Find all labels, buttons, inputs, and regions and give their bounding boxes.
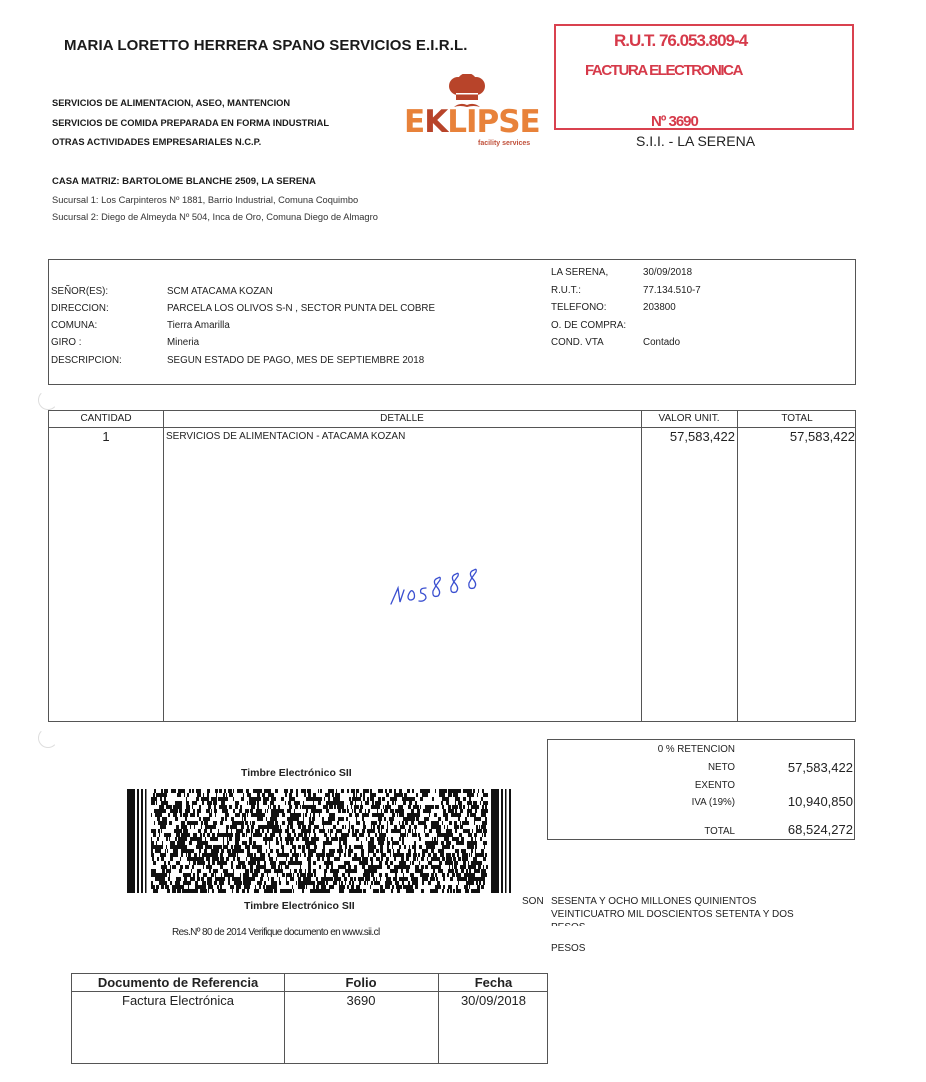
net-amount: 57,583,422 [733,760,853,775]
grand-total: 68,524,272 [733,822,853,837]
totals-label: IVA (19%) [585,797,735,808]
totals-label: NETO [585,762,735,773]
reference-document: Factura Electrónica [72,993,284,1008]
column-header: TOTAL [737,413,857,424]
client-label: O. DE COMPRA: [551,320,626,331]
client-label: COMUNA: [51,320,97,331]
item-quantity: 1 [49,429,163,444]
amount-words-line: SESENTA Y OCHO MILLONES QUINIENTOS [551,895,851,908]
activity-line: SERVICIOS DE ALIMENTACION, ASEO, MANTENC… [52,94,329,114]
client-label: LA SERENA, [551,267,608,278]
amount-words-line: VEINTICUATRO MIL DOSCIENTOS SETENTA Y DO… [551,908,851,921]
sale-condition: Contado [643,337,680,348]
document-type: FACTURA ELECTRONICA [585,62,742,79]
item-detail: SERVICIOS DE ALIMENTACION - ATACAMA KOZA… [166,431,405,442]
logo-wordmark: EKLIPSE [404,104,540,140]
column-header: Folio [284,975,438,990]
client-comuna: Tierra Amarilla [167,320,230,331]
client-address: PARCELA LOS OLIVOS S-N , SECTOR PUNTA DE… [167,303,435,314]
handwritten-note [386,558,496,608]
activity-line: SERVICIOS DE COMIDA PREPARADA EN FORMA I… [52,114,329,134]
amount-words-line: PESOS [551,921,585,926]
item-unit-price: 57,583,422 [641,429,735,444]
timbre-caption: Timbre Electrónico SII [244,900,355,912]
totals-label: EXENTO [585,780,735,791]
company-name: MARIA LORETTO HERRERA SPANO SERVICIOS E.… [64,37,468,54]
company-logo: EKLIPSE facility services [402,72,534,154]
sii-office: S.I.I. - LA SERENA [636,133,755,149]
client-label: SEÑOR(ES): [51,286,108,297]
timbre-title: Timbre Electrónico SII [241,767,352,779]
head-office-address: CASA MATRIZ: BARTOLOME BLANCHE 2509, LA … [52,176,316,187]
column-header: Documento de Referencia [72,975,284,990]
client-label: R.U.T.: [551,285,581,296]
client-giro: Mineria [167,337,199,348]
amount-in-words: SON SESENTA Y OCHO MILLONES QUINIENTOS V… [522,895,544,908]
column-header: DETALLE [163,413,641,424]
column-header: CANTIDAD [49,413,163,424]
logo-tagline: facility services [478,140,530,147]
business-activities: SERVICIOS DE ALIMENTACION, ASEO, MANTENC… [52,94,329,153]
currency-label: PESOS [551,943,585,954]
totals-label: 0 % RETENCION [585,744,735,755]
item-total: 57,583,422 [737,429,855,444]
iva-amount: 10,940,850 [733,794,853,809]
reference-date: 30/09/2018 [438,993,549,1008]
client-phone: 203800 [643,302,676,313]
reference-folio: 3690 [284,993,438,1008]
invoice-description: SEGUN ESTADO DE PAGO, MES DE SEPTIEMBRE … [167,355,424,366]
column-header: VALOR UNIT. [641,413,737,424]
column-header: Fecha [438,975,549,990]
branch-address: Sucursal 2: Diego de Almeyda Nº 504, Inc… [52,212,378,222]
client-label: GIRO : [51,337,81,348]
client-rut: 77.134.510-7 [643,285,701,296]
amount-prefix: SON [522,896,544,907]
reference-table: Documento de Referencia Folio Fecha Fact… [71,973,548,1064]
punch-hole-mark [38,390,58,410]
activity-line: OTRAS ACTIVIDADES EMPRESARIALES N.C.P. [52,133,329,153]
invoice-date: 30/09/2018 [643,267,692,278]
client-label: TELEFONO: [551,302,607,313]
issuer-rut: R.U.T. 76.053.809-4 [614,31,747,51]
invoice-number: Nº 3690 [651,113,698,130]
client-label: DIRECCION: [51,303,109,314]
totals-label: TOTAL [585,826,735,837]
client-label: DESCRIPCION: [51,355,122,366]
punch-hole-mark [38,728,58,748]
branch-address: Sucursal 1: Los Carpinteros Nº 1881, Bar… [52,195,358,205]
client-name: SCM ATACAMA KOZAN [167,286,273,297]
client-label: COND. VTA [551,337,604,348]
pdf417-barcode [127,789,517,893]
sii-resolution-note: Res.Nº 80 de 2014 Verifique documento en… [172,927,380,938]
